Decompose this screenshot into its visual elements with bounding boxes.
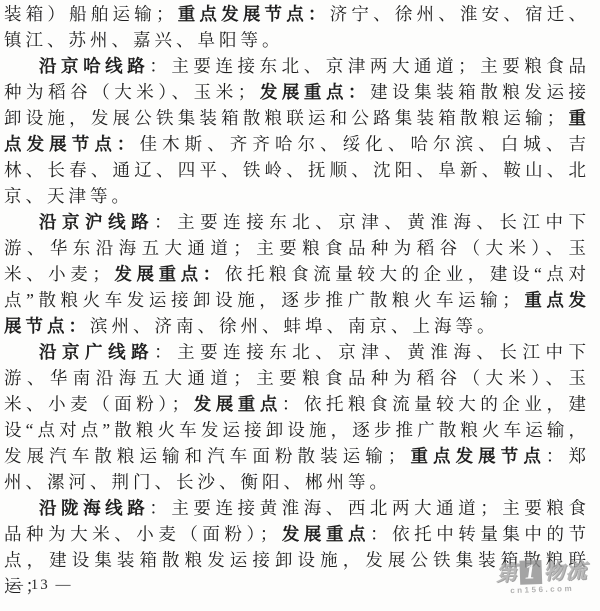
bold-label: 重点发展节点	[409, 446, 546, 466]
document-text: 装箱）船舶运输；重点发展节点：济宁、徐州、淮安、宿迁、镇江、苏州、嘉兴、阜阳等。…	[4, 1, 590, 599]
page-number: — 13 —	[8, 577, 73, 594]
paragraph-continued: 装箱）船舶运输；重点发展节点：济宁、徐州、淮安、宿迁、镇江、苏州、嘉兴、阜阳等。	[4, 1, 590, 53]
watermark-number-block: 1	[519, 560, 541, 585]
bold-label: 重点发展节点：	[177, 4, 329, 24]
bold-label: 发展重点：	[259, 82, 370, 102]
paragraph-jingguang-route: 沿京广线路：主要连接东北、京津、黄淮海、长江中下游、华南沿海五大通道；主要粮食品…	[4, 339, 590, 495]
route-name-label: 沿京哈线路	[39, 56, 149, 76]
watermark-brand: 第1物流	[495, 558, 587, 585]
document-page: 装箱）船舶运输；重点发展节点：济宁、徐州、淮安、宿迁、镇江、苏州、嘉兴、阜阳等。…	[0, 0, 600, 611]
watermark-brand-text: 物流	[542, 559, 587, 583]
text-segment: 滨州、济南、徐州、蚌埠、南京、上海等。	[90, 316, 499, 336]
bold-label: 发展重点：	[114, 264, 225, 284]
bold-label: 发展重点	[193, 394, 282, 414]
watermark-brand-text: 第	[495, 562, 518, 585]
route-name-label: 沿京沪线路	[39, 212, 154, 232]
paragraph-jingha-route: 沿京哈线路：主要连接东北、京津两大通道；主要粮食品种为稻谷（大米）、玉米；发展重…	[4, 53, 590, 209]
paragraph-jinghu-route: 沿京沪线路：主要连接东北、京津、黄淮海、长江中下游、华东沿海五大通道；主要粮食品…	[4, 209, 590, 339]
text-segment: 装箱）船舶运输；	[4, 4, 177, 24]
watermark-logo: 第1物流 cn156.com	[495, 558, 588, 595]
route-name-label: 沿京广线路	[39, 342, 154, 362]
bold-label: 发展重点	[281, 524, 370, 544]
route-name-label: 沿陇海线路	[39, 498, 149, 518]
